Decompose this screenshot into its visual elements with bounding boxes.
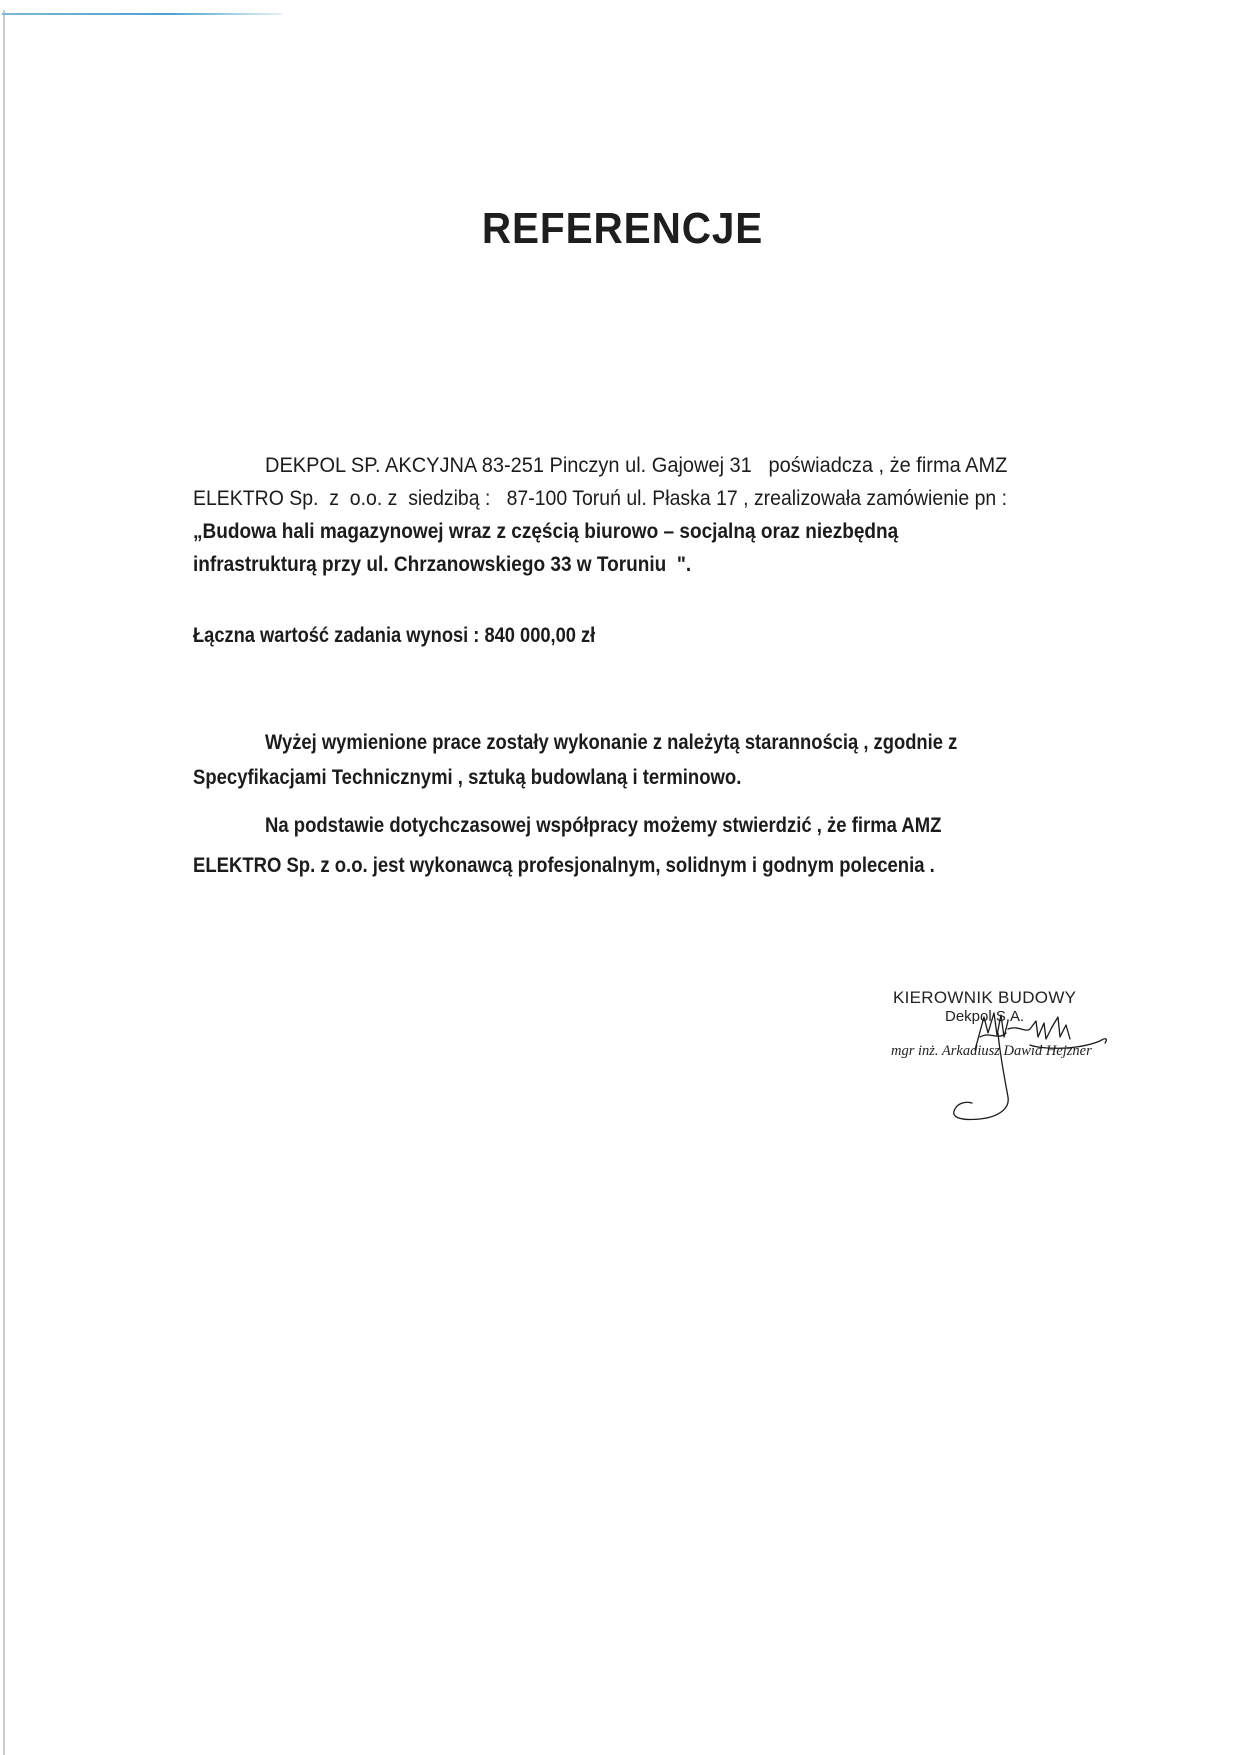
- document-page: REFERENCJE DEKPOL SP. AKCYJNA 83-251 Pin…: [0, 0, 1241, 1755]
- paragraph-4-line-2: ELEKTRO Sp. z o.o. jest wykonawcą profes…: [193, 853, 935, 878]
- scan-top-line: [2, 13, 282, 15]
- scan-left-edge: [3, 10, 5, 1755]
- paragraph-1-line-2: ELEKTRO Sp. z o.o. z siedzibą : 87-100 T…: [193, 486, 1007, 511]
- paragraph-3-line-2: Specyfikacjami Technicznymi , sztuką bud…: [193, 765, 741, 790]
- paragraph-1-line-4: infrastrukturą przy ul. Chrzanowskiego 3…: [193, 552, 691, 577]
- handwritten-signature-icon: [880, 985, 1110, 1135]
- paragraph-1-line-3: „Budowa hali magazynowej wraz z częścią …: [193, 519, 898, 544]
- document-title: REFERENCJE: [52, 204, 1194, 254]
- paragraph-3-line-1: Wyżej wymienione prace zostały wykonanie…: [265, 730, 957, 755]
- total-value-line: Łączna wartość zadania wynosi : 840 000,…: [193, 623, 595, 648]
- signature-block: KIEROWNIK BUDOWY Dekpol S.A. mgr inż. Ar…: [880, 985, 1110, 1135]
- paragraph-1-line-1: DEKPOL SP. AKCYJNA 83-251 Pinczyn ul. Ga…: [265, 453, 1007, 478]
- paragraph-4-line-1: Na podstawie dotychczasowej współpracy m…: [265, 813, 941, 838]
